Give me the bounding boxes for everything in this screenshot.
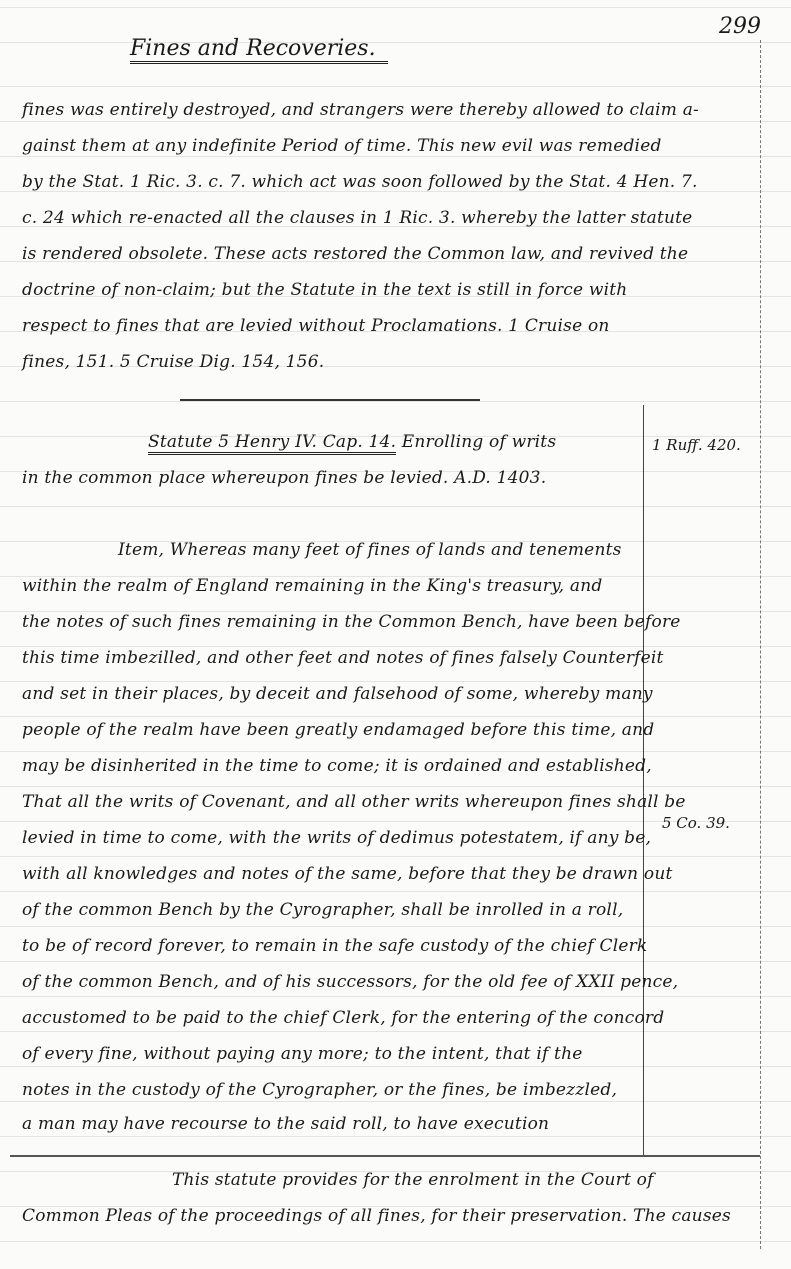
page-heading: Fines and Recoveries. bbox=[130, 36, 388, 64]
text-line: This statute provides for the enrolment … bbox=[172, 1170, 654, 1190]
text-line: notes in the custody of the Cyrographer,… bbox=[22, 1080, 617, 1100]
statute-title: Statute 5 Henry IV. Cap. 14. bbox=[148, 432, 396, 455]
text-line: fines was entirely destroyed, and strang… bbox=[22, 100, 699, 120]
text-line: That all the writs of Covenant, and all … bbox=[22, 792, 686, 812]
margin-rule bbox=[643, 405, 644, 1157]
page-number: 299 bbox=[719, 14, 761, 39]
section-divider bbox=[180, 399, 480, 401]
text-line: with all knowledges and notes of the sam… bbox=[22, 864, 673, 884]
text-line: people of the realm have been greatly en… bbox=[22, 720, 654, 740]
text-line: within the realm of England remaining in… bbox=[22, 576, 602, 596]
text-line: accustomed to be paid to the chief Clerk… bbox=[22, 1008, 664, 1028]
text-line: of every fine, without paying any more; … bbox=[22, 1044, 583, 1064]
statute-subject: Enrolling of writs bbox=[396, 432, 556, 452]
text-line: to be of record forever, to remain in th… bbox=[22, 936, 647, 956]
text-line: of the common Bench, and of his successo… bbox=[22, 972, 678, 992]
manuscript-page: 299 Fines and Recoveries. fines was enti… bbox=[0, 0, 791, 1269]
text-line: doctrine of non-claim; but the Statute i… bbox=[22, 280, 627, 300]
text-line: and set in their places, by deceit and f… bbox=[22, 684, 653, 704]
text-line: is rendered obsolete. These acts restore… bbox=[22, 244, 688, 264]
statute-subtitle: in the common place whereupon fines be l… bbox=[22, 468, 546, 488]
margin-reference: 1 Ruff. 420. bbox=[652, 436, 741, 454]
page-edge-rule bbox=[760, 40, 761, 1249]
text-line: gainst them at any indefinite Period of … bbox=[22, 136, 662, 156]
text-line: levied in time to come, with the writs o… bbox=[22, 828, 651, 848]
text-line: Common Pleas of the proceedings of all f… bbox=[22, 1206, 731, 1226]
text-line: c. 24 which re-enacted all the clauses i… bbox=[22, 208, 692, 228]
text-line: fines, 151. 5 Cruise Dig. 154, 156. bbox=[22, 352, 324, 372]
text-line: a man may have recourse to the said roll… bbox=[22, 1114, 549, 1134]
text-line: may be disinherited in the time to come;… bbox=[22, 756, 652, 776]
section-divider bbox=[10, 1155, 760, 1157]
text-line: respect to fines that are levied without… bbox=[22, 316, 610, 336]
text-line: this time imbezilled, and other feet and… bbox=[22, 648, 664, 668]
text-line: by the Stat. 1 Ric. 3. c. 7. which act w… bbox=[22, 172, 698, 192]
text-line: Item, Whereas many feet of fines of land… bbox=[118, 540, 622, 560]
text-line: the notes of such fines remaining in the… bbox=[22, 612, 681, 632]
margin-reference: 5 Co. 39. bbox=[662, 814, 730, 832]
text-line: of the common Bench by the Cyrographer, … bbox=[22, 900, 623, 920]
